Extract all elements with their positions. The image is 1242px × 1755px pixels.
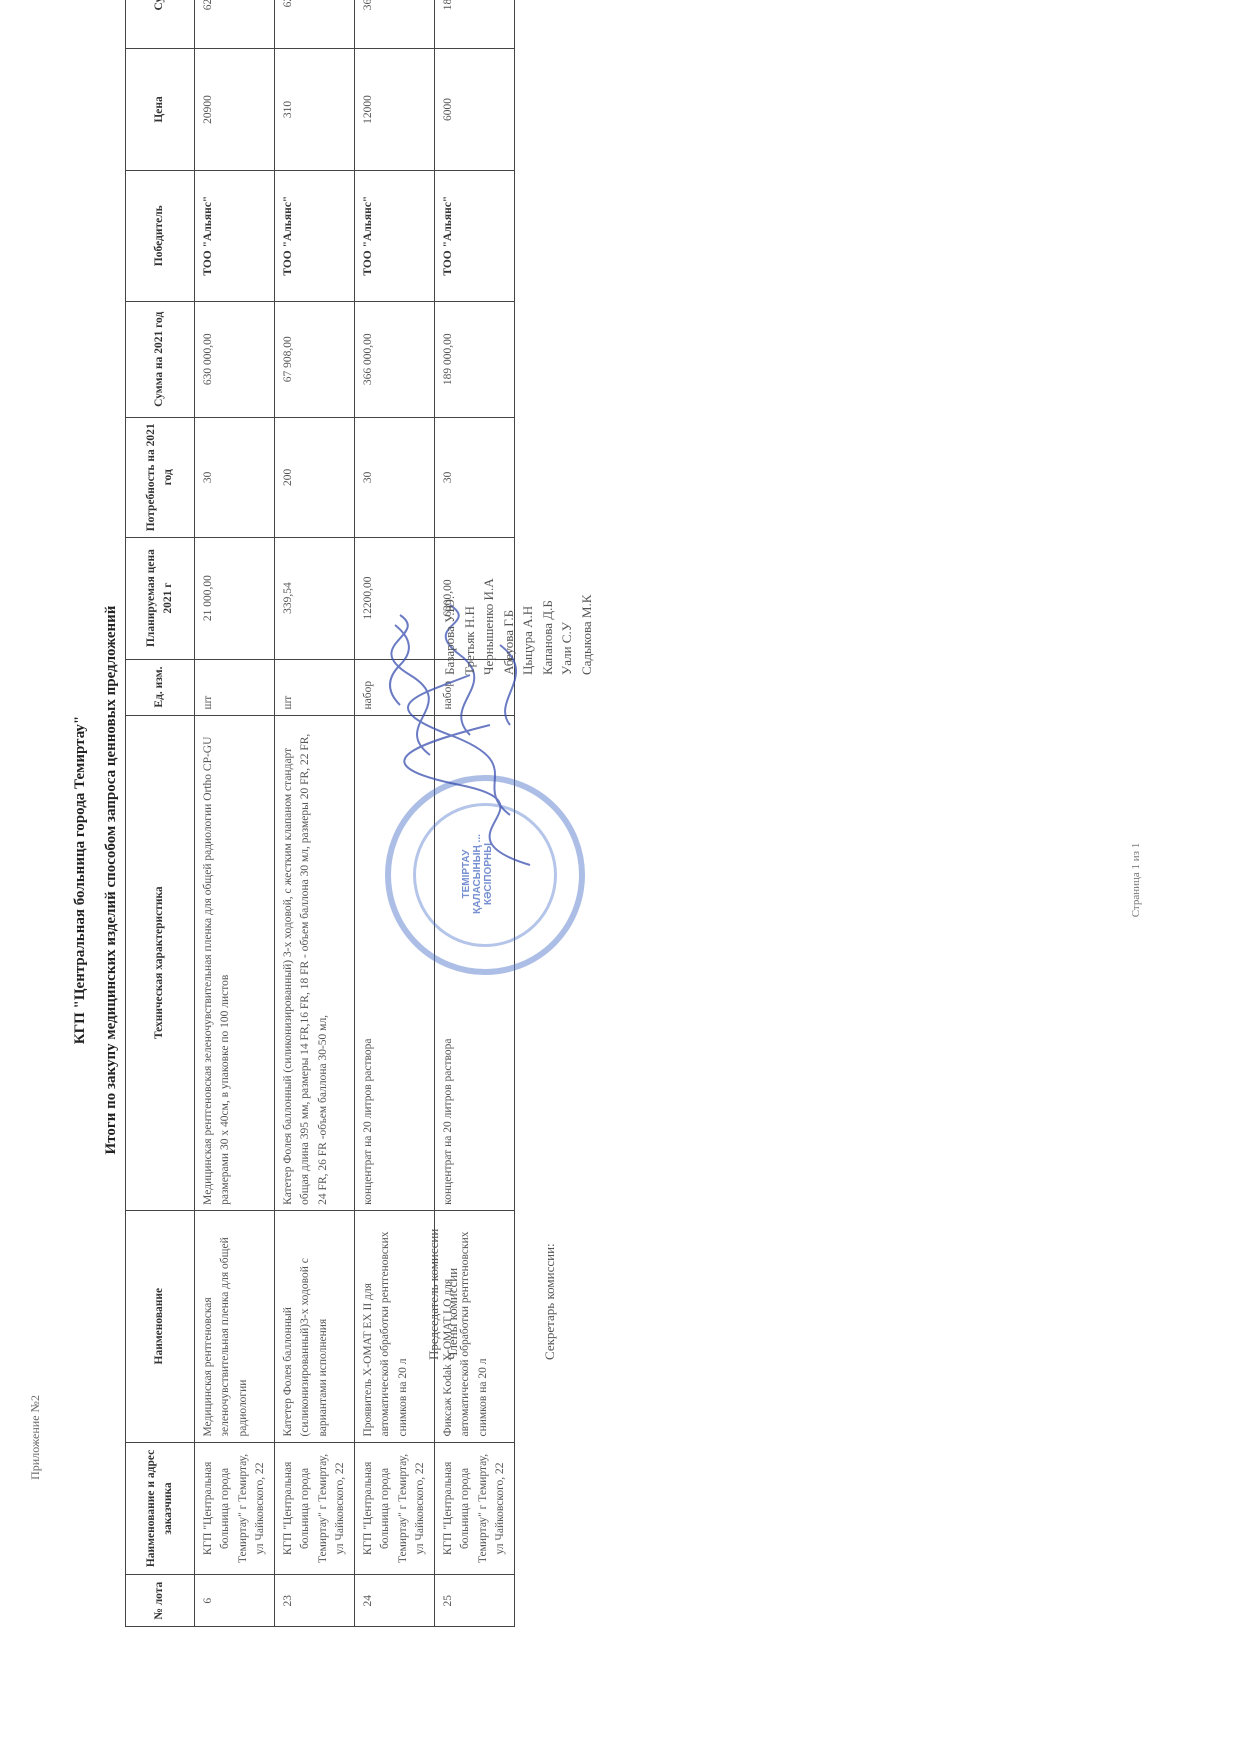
spec-cell: Медицинская рентгеновская зеленочувствит… bbox=[195, 715, 275, 1210]
commission-block: Председатель комиссии Члены комиссии Сек… bbox=[425, 1229, 560, 1360]
col-customer: Наименование и адрес заказчика bbox=[126, 1442, 195, 1575]
col-lot: № лота bbox=[126, 1575, 195, 1627]
unit-cell: шт bbox=[195, 659, 275, 715]
winner-cell: ТОО "Альянс" bbox=[355, 170, 435, 301]
col-winner: Победитель bbox=[126, 170, 195, 301]
col-name: Наименование bbox=[126, 1210, 195, 1442]
col-need: Потребность на 2021 год bbox=[126, 417, 195, 537]
member-name: Уали С.У bbox=[557, 578, 577, 675]
member-name: Базарова У.Ю. bbox=[440, 578, 460, 675]
member-name: Третьяк Н.Н bbox=[460, 578, 480, 675]
col-planned-price: Планируемая цена 2021 г bbox=[126, 537, 195, 659]
name-cell: Проявитель X-OMAT EX II для автоматическ… bbox=[355, 1210, 435, 1442]
table-row: 23КГП "Центральная больница города Темир… bbox=[275, 0, 355, 1627]
member-name: Садыкова М.К bbox=[577, 578, 597, 675]
price-cell: 20900 bbox=[195, 49, 275, 171]
name-cell: Медицинская рентгеновская зеленочувствит… bbox=[195, 1210, 275, 1442]
document-title: КГП "Центральная больница города Темирта… bbox=[72, 5, 89, 1755]
secretary-label: Секретарь комиссии: bbox=[541, 1229, 560, 1360]
sum-2021-cell: 630 000,00 bbox=[195, 301, 275, 417]
sum-2021-cell: 67 908,00 bbox=[275, 301, 355, 417]
need-cell: 30 bbox=[195, 417, 275, 537]
need-cell: 200 bbox=[275, 417, 355, 537]
chairman-label: Председатель комиссии bbox=[425, 1229, 444, 1360]
document-page: Приложение №2 КГП "Центральная больница … bbox=[0, 0, 1242, 1755]
lot-cell: 24 bbox=[355, 1575, 435, 1627]
price-cell: 6000 bbox=[435, 49, 515, 171]
customer-cell: КГП "Центральная больница города Темирта… bbox=[275, 1442, 355, 1575]
col-sum-2021: Сумма на 2021 год bbox=[126, 301, 195, 417]
members-list: Базарова У.Ю.Третьяк Н.НЧернышенко И.ААб… bbox=[440, 578, 596, 675]
winner-cell: ТОО "Альянс" bbox=[275, 170, 355, 301]
price-cell: 12000 bbox=[355, 49, 435, 171]
table-header-row: № лота Наименование и адрес заказчика На… bbox=[126, 0, 195, 1627]
sum-2021-cell: 189 000,00 bbox=[435, 301, 515, 417]
col-price: Цена bbox=[126, 49, 195, 171]
name-cell: Катетер Фолея баллонный (силиконизирован… bbox=[275, 1210, 355, 1442]
lot-cell: 23 bbox=[275, 1575, 355, 1627]
document-subtitle: Итоги по закупу медицинских изделий спос… bbox=[103, 5, 120, 1755]
unit-cell: шт bbox=[275, 659, 355, 715]
col-sum: Сумма bbox=[126, 0, 195, 49]
planned-price-cell: 339,54 bbox=[275, 537, 355, 659]
sum-cell: 180000 bbox=[435, 0, 515, 49]
col-spec: Техническая характеристика bbox=[126, 715, 195, 1210]
table-row: 6КГП "Центральная больница города Темирт… bbox=[195, 0, 275, 1627]
lot-cell: 6 bbox=[195, 1575, 275, 1627]
col-unit: Ед. изм. bbox=[126, 659, 195, 715]
page-footer: Страница 1 из 1 bbox=[1130, 5, 1142, 1755]
sum-cell: 62000 bbox=[275, 0, 355, 49]
customer-cell: КГП "Центральная больница города Темирта… bbox=[195, 1442, 275, 1575]
member-name: Абеуова Г.Б bbox=[499, 578, 519, 675]
spec-cell: Катетер Фолея баллонный (силиконизирован… bbox=[275, 715, 355, 1210]
price-cell: 310 bbox=[275, 49, 355, 171]
lot-cell: 25 bbox=[435, 1575, 515, 1627]
sum-cell: 627000 bbox=[195, 0, 275, 49]
winner-cell: ТОО "Альянс" bbox=[195, 170, 275, 301]
members-label: Члены комиссии bbox=[444, 1229, 463, 1360]
customer-cell: КГП "Центральная больница города Темирта… bbox=[435, 1442, 515, 1575]
member-name: Чернышенко И.А bbox=[479, 578, 499, 675]
sum-cell: 360000 bbox=[355, 0, 435, 49]
member-name: Цыцура А.Н bbox=[518, 578, 538, 675]
planned-price-cell: 21 000,00 bbox=[195, 537, 275, 659]
customer-cell: КГП "Центральная больница города Темирта… bbox=[355, 1442, 435, 1575]
member-name: Капанова Д.Б bbox=[538, 578, 558, 675]
appendix-label: Приложение №2 bbox=[28, 1395, 43, 1480]
need-cell: 30 bbox=[435, 417, 515, 537]
sum-2021-cell: 366 000,00 bbox=[355, 301, 435, 417]
need-cell: 30 bbox=[355, 417, 435, 537]
winner-cell: ТОО "Альянс" bbox=[435, 170, 515, 301]
